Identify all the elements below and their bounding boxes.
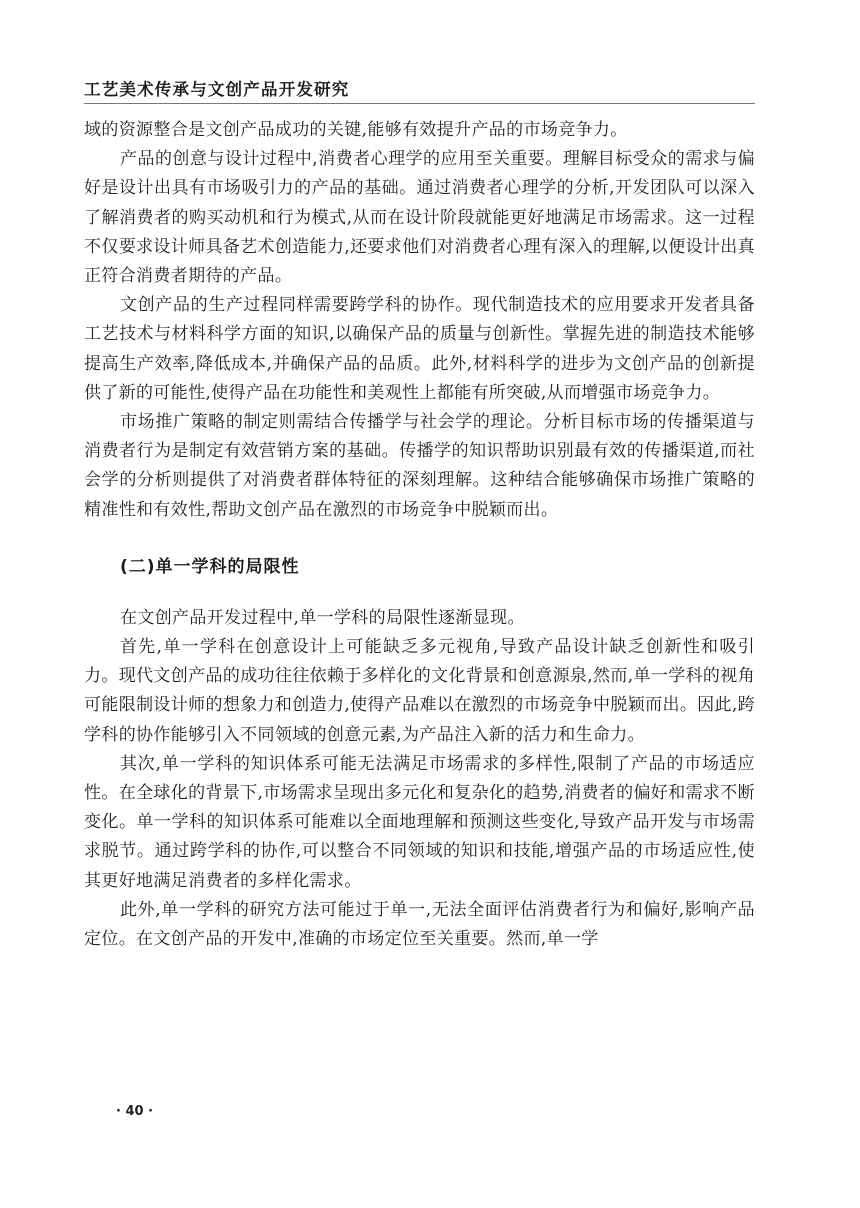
paragraph-third-point: 此外,单一学科的研究方法可能过于单一,无法全面评估消费者行为和偏好,影响产品定位…: [84, 896, 755, 954]
page-body: 域的资源整合是文创产品成功的关键,能够有效提升产品的市场竞争力。 产品的创意与设…: [84, 116, 755, 954]
paragraph-second-point: 其次,单一学科的知识体系可能无法满足市场需求的多样性,限制了产品的市场适应性。在…: [84, 750, 755, 896]
header-divider: [84, 103, 755, 104]
running-title: 工艺美术传承与文创产品开发研究: [84, 80, 755, 100]
paragraph-first-point: 首先,单一学科在创意设计上可能缺乏多元视角,导致产品设计缺乏创新性和吸引力。现代…: [84, 633, 755, 750]
paragraph-marketing: 市场推广策略的制定则需结合传播学与社会学的理论。分析目标市场的传播渠道与消费者行…: [84, 408, 755, 525]
paragraph-production: 文创产品的生产过程同样需要跨学科的协作。现代制造技术的应用要求开发者具备工艺技术…: [84, 291, 755, 408]
running-header: 工艺美术传承与文创产品开发研究: [84, 80, 755, 100]
page-number: · 40 ·: [116, 1104, 153, 1119]
paragraph-continuation: 域的资源整合是文创产品成功的关键,能够有效提升产品的市场竞争力。: [84, 116, 755, 145]
section-heading: (二)单一学科的局限性: [84, 553, 755, 582]
paragraph-intro: 在文创产品开发过程中,单一学科的局限性逐渐显现。: [84, 604, 755, 633]
paragraph-consumer-psychology: 产品的创意与设计过程中,消费者心理学的应用至关重要。理解目标受众的需求与偏好是设…: [84, 145, 755, 291]
